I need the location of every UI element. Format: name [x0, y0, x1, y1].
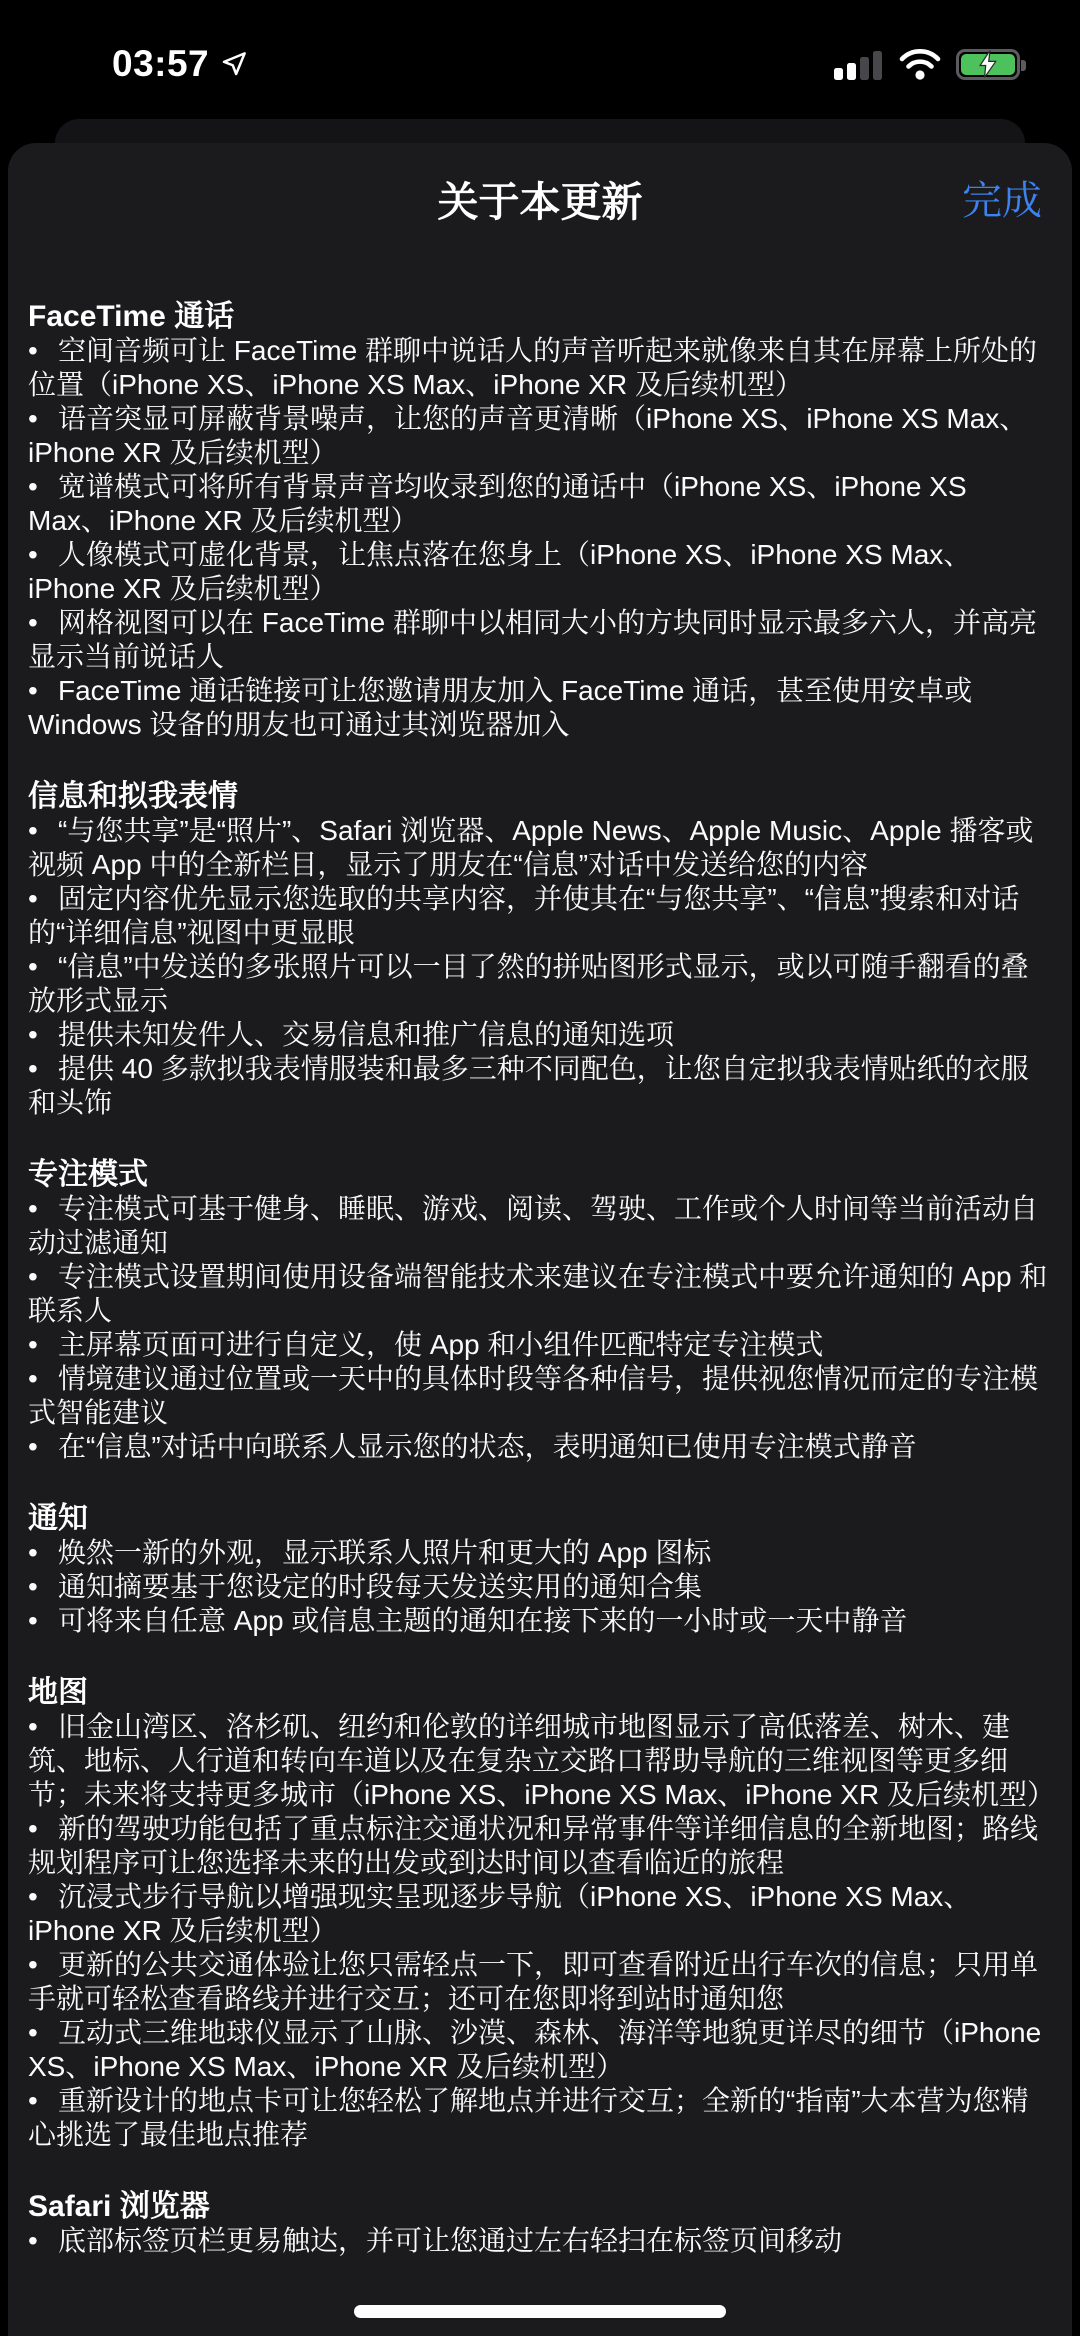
bullet-item: •沉浸式步行导航以增强现实呈现逐步导航（iPhone XS、iPhone XS …: [28, 1880, 1054, 1948]
battery-nub: [1021, 60, 1026, 71]
bullet-dot: •: [28, 334, 58, 368]
bullet-dot: •: [28, 402, 58, 436]
bullet-dot: •: [28, 814, 58, 848]
bullet-item: •“信息”中发送的多张照片可以一目了然的拼贴图形式显示，或以可随手翻看的叠放形式…: [28, 950, 1054, 1018]
release-notes-section: FaceTime 通话 •空间音频可让 FaceTime 群聊中说话人的声音听起…: [28, 300, 1054, 742]
bullet-item: •提供未知发件人、交易信息和推广信息的通知选项: [28, 1018, 1054, 1052]
status-time: 03:57: [112, 43, 209, 85]
bullet-item: •在“信息”对话中向联系人显示您的状态，表明通知已使用专注模式静音: [28, 1430, 1054, 1464]
bullet-item: •人像模式可虚化背景，让焦点落在您身上（iPhone XS、iPhone XS …: [28, 538, 1054, 606]
bullet-dot: •: [28, 1328, 58, 1362]
bullet-item: •情境建议通过位置或一天中的具体时段等各种信号，提供视您情况而定的专注模式智能建…: [28, 1362, 1054, 1430]
release-notes-section: 信息和拟我表情 •“与您共享”是“照片”、Safari 浏览器、Apple Ne…: [28, 780, 1054, 1120]
page-title: 关于本更新: [8, 179, 1072, 225]
bullet-dot: •: [28, 950, 58, 984]
bullet-dot: •: [28, 1880, 58, 1914]
bullet-dot: •: [28, 1018, 58, 1052]
bullet-dot: •: [28, 538, 58, 572]
bullet-dot: •: [28, 882, 58, 916]
bullet-item: •更新的公共交通体验让您只需轻点一下，即可查看附近出行车次的信息；只用单手就可轻…: [28, 1948, 1054, 2016]
bullet-dot: •: [28, 1536, 58, 1570]
lightning-bolt-icon: [979, 51, 997, 78]
bullet-dot: •: [28, 1570, 58, 1604]
bullet-item: •网格视图可以在 FaceTime 群聊中以相同大小的方块同时显示最多六人，并高…: [28, 606, 1054, 674]
section-bullets: •旧金山湾区、洛杉矶、纽约和伦敦的详细城市地图显示了高低落差、树木、建筑、地标、…: [28, 1710, 1054, 2152]
bullet-dot: •: [28, 674, 58, 708]
bullet-dot: •: [28, 1604, 58, 1638]
section-title: 地图: [28, 1676, 1054, 1710]
bullet-dot: •: [28, 606, 58, 640]
sections: FaceTime 通话 •空间音频可让 FaceTime 群聊中说话人的声音听起…: [28, 300, 1054, 2258]
section-title: 通知: [28, 1502, 1054, 1536]
section-bullets: •“与您共享”是“照片”、Safari 浏览器、Apple News、Apple…: [28, 814, 1054, 1120]
cellular-signal-icon: [834, 49, 884, 80]
bullet-item: •重新设计的地点卡可让您轻松了解地点并进行交互；全新的“指南”大本营为您精心挑选…: [28, 2084, 1054, 2152]
bullet-item: •语音突显可屏蔽背景噪声，让您的声音更清晰（iPhone XS、iPhone X…: [28, 402, 1054, 470]
bullet-dot: •: [28, 2224, 58, 2258]
bullet-item: •专注模式可基于健身、睡眠、游戏、阅读、驾驶、工作或个人时间等当前活动自动过滤通…: [28, 1192, 1054, 1260]
done-button[interactable]: 完成: [962, 177, 1042, 225]
bullet-dot: •: [28, 1052, 58, 1086]
section-bullets: •焕然一新的外观，显示联系人照片和更大的 App 图标•通知摘要基于您设定的时段…: [28, 1536, 1054, 1638]
status-bar: 03:57: [0, 0, 1080, 110]
section-title: Safari 浏览器: [28, 2190, 1054, 2224]
section-bullets: •专注模式可基于健身、睡眠、游戏、阅读、驾驶、工作或个人时间等当前活动自动过滤通…: [28, 1192, 1054, 1464]
bullet-item: •空间音频可让 FaceTime 群聊中说话人的声音听起来就像来自其在屏幕上所处…: [28, 334, 1054, 402]
bullet-item: •主屏幕页面可进行自定义，使 App 和小组件匹配特定专注模式: [28, 1328, 1054, 1362]
section-bullets: •底部标签页栏更易触达，并可让您通过左右轻扫在标签页间移动: [28, 2224, 1054, 2258]
bullet-item: •固定内容优先显示您选取的共享内容，并使其在“与您共享”、“信息”搜索和对话的“…: [28, 882, 1054, 950]
section-title: FaceTime 通话: [28, 300, 1054, 334]
release-notes-section: 通知 •焕然一新的外观，显示联系人照片和更大的 App 图标•通知摘要基于您设定…: [28, 1502, 1054, 1638]
section-title: 专注模式: [28, 1158, 1054, 1192]
bullet-item: •FaceTime 通话链接可让您邀请朋友加入 FaceTime 通话，甚至使用…: [28, 674, 1054, 742]
bullet-dot: •: [28, 1362, 58, 1396]
bullet-item: •焕然一新的外观，显示联系人照片和更大的 App 图标: [28, 1536, 1054, 1570]
release-notes-section: 专注模式 •专注模式可基于健身、睡眠、游戏、阅读、驾驶、工作或个人时间等当前活动…: [28, 1158, 1054, 1464]
section-bullets: •空间音频可让 FaceTime 群聊中说话人的声音听起来就像来自其在屏幕上所处…: [28, 334, 1054, 742]
about-update-sheet: 关于本更新 完成 FaceTime 通话 •空间音频可让 FaceTime 群聊…: [8, 143, 1072, 2336]
bullet-item: •提供 40 多款拟我表情服装和最多三种不同配色，让您自定拟我表情贴纸的衣服和头…: [28, 1052, 1054, 1120]
bullet-dot: •: [28, 2084, 58, 2118]
bullet-item: •新的驾驶功能包括了重点标注交通状况和异常事件等详细信息的全新地图；路线规划程序…: [28, 1812, 1054, 1880]
release-notes-section: 地图 •旧金山湾区、洛杉矶、纽约和伦敦的详细城市地图显示了高低落差、树木、建筑、…: [28, 1676, 1054, 2152]
section-title: 信息和拟我表情: [28, 780, 1054, 814]
release-notes-scroll-area[interactable]: FaceTime 通话 •空间音频可让 FaceTime 群聊中说话人的声音听起…: [28, 300, 1054, 2336]
release-notes-section: Safari 浏览器 •底部标签页栏更易触达，并可让您通过左右轻扫在标签页间移动: [28, 2190, 1054, 2258]
bullet-item: •通知摘要基于您设定的时段每天发送实用的通知合集: [28, 1570, 1054, 1604]
bullet-dot: •: [28, 1430, 58, 1464]
bullet-dot: •: [28, 1812, 58, 1846]
home-indicator[interactable]: [354, 2305, 726, 2318]
bullet-item: •“与您共享”是“照片”、Safari 浏览器、Apple News、Apple…: [28, 814, 1054, 882]
bullet-item: •底部标签页栏更易触达，并可让您通过左右轻扫在标签页间移动: [28, 2224, 1054, 2258]
status-icons: [834, 48, 1020, 80]
bullet-item: •旧金山湾区、洛杉矶、纽约和伦敦的详细城市地图显示了高低落差、树木、建筑、地标、…: [28, 1710, 1054, 1812]
bullet-item: •专注模式设置期间使用设备端智能技术来建议在专注模式中要允许通知的 App 和联…: [28, 1260, 1054, 1328]
bullet-dot: •: [28, 1710, 58, 1744]
location-arrow-icon: [219, 49, 249, 79]
bullet-item: •互动式三维地球仪显示了山脉、沙漠、森林、海洋等地貌更详尽的细节（iPhone …: [28, 2016, 1054, 2084]
bullet-dot: •: [28, 1192, 58, 1226]
bullet-dot: •: [28, 470, 58, 504]
bullet-dot: •: [28, 2016, 58, 2050]
bullet-dot: •: [28, 1260, 58, 1294]
bullet-item: •宽谱模式可将所有背景声音均收录到您的通话中（iPhone XS、iPhone …: [28, 470, 1054, 538]
bullet-item: •可将来自任意 App 或信息主题的通知在接下来的一小时或一天中静音: [28, 1604, 1054, 1638]
status-time-group: 03:57: [112, 43, 249, 85]
bullet-dot: •: [28, 1948, 58, 1982]
wifi-icon: [898, 48, 942, 80]
battery-charging-icon: [956, 49, 1020, 80]
